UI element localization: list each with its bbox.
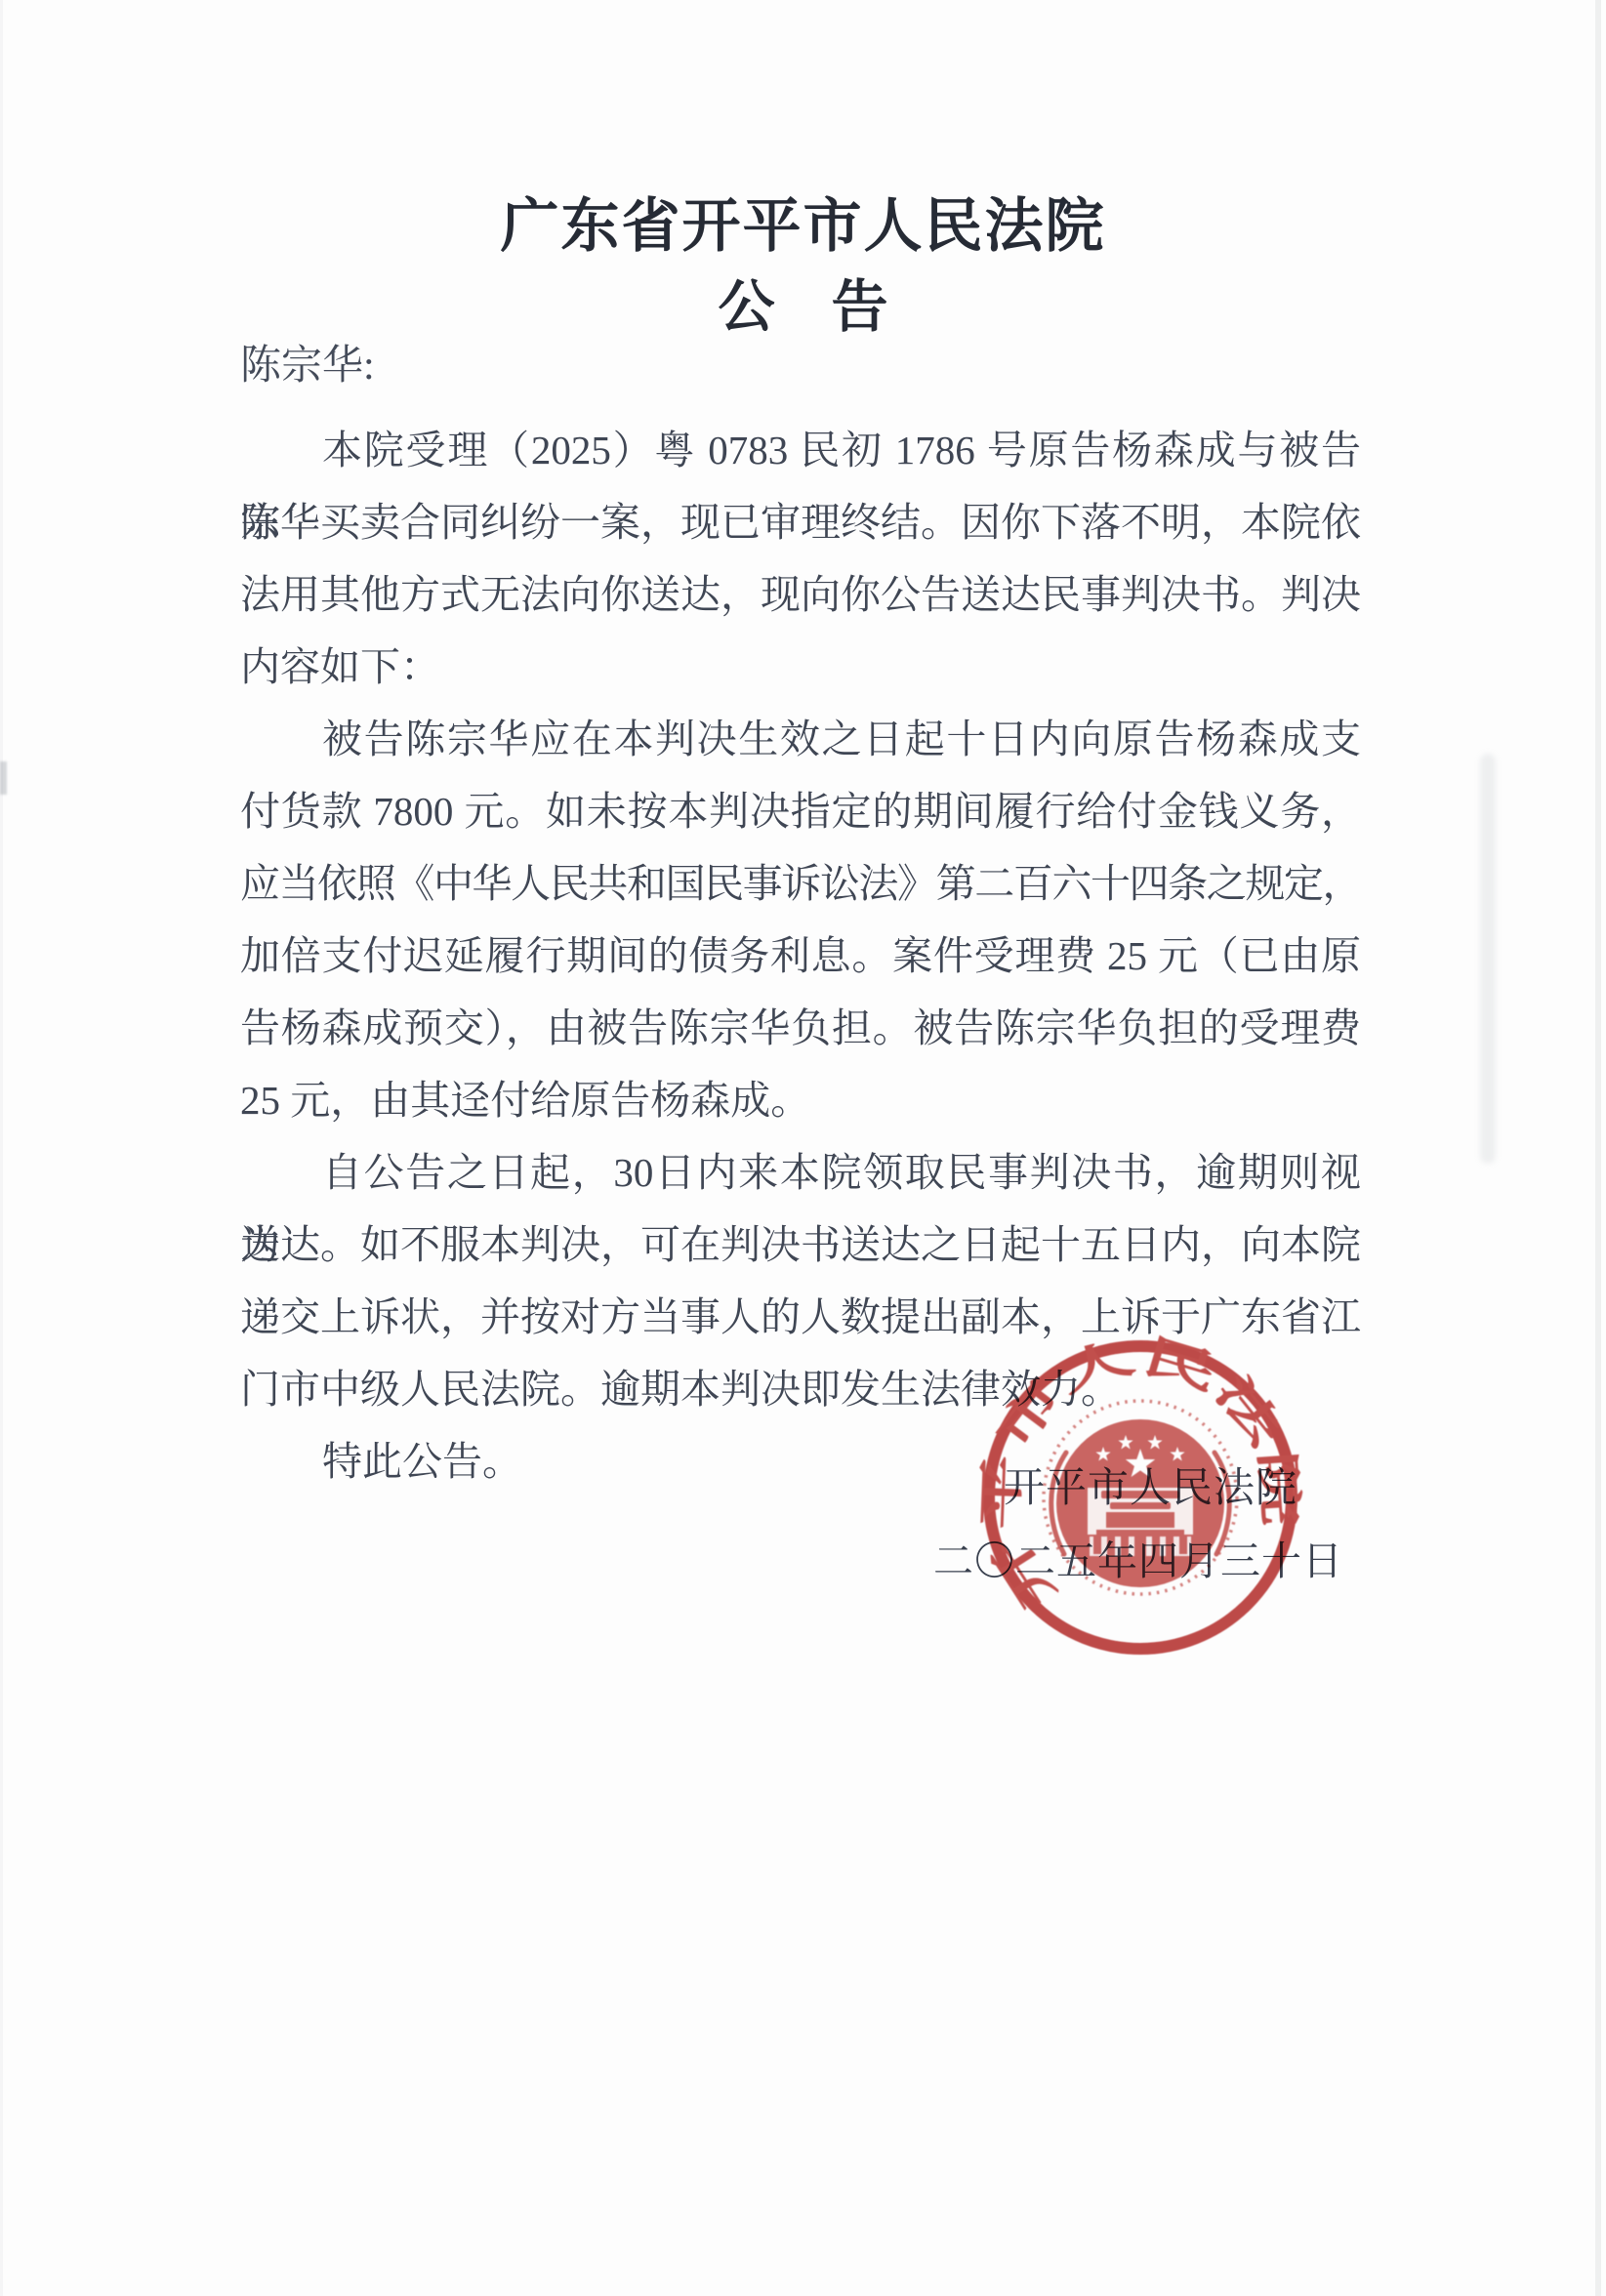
- addressee-line: 陈宗华:: [240, 342, 375, 390]
- scan-edge-left: [0, 0, 3, 2296]
- body-line: 自公告之日起，30日内来本院领取民事判决书，逾期则视为: [240, 1136, 1361, 1209]
- scan-edge-right: [1595, 0, 1601, 2296]
- body-line: 25 元，由其迳付给原告杨森成。: [240, 1064, 1361, 1136]
- body-line: 内容如下：: [240, 631, 1361, 703]
- scanned-court-notice-page: 广东省开平市人民法院 公 告 陈宗华: 本院受理（2025）粤 0783 民初 …: [0, 0, 1606, 2296]
- body-line: 本院受理（2025）粤 0783 民初 1786 号原告杨森成与被告陈: [240, 414, 1361, 486]
- notice-title: 公 告: [0, 277, 1606, 338]
- body-line: 告杨森成预交），由被告陈宗华负担。被告陈宗华负担的受理费: [240, 992, 1361, 1064]
- body-line: 送达。如不服本判决，可在判决书送达之日起十五日内，向本院: [240, 1209, 1361, 1281]
- body-line: 宗华买卖合同纠纷一案，现已审理终结。因你下落不明，本院依: [240, 486, 1361, 558]
- body-line: 付货款 7800 元。如未按本判决指定的期间履行给付金钱义务，: [240, 775, 1361, 847]
- body-line: 加倍支付迟延履行期间的债务利息。案件受理费 25 元（已由原: [240, 920, 1361, 992]
- body-line: 被告陈宗华应在本判决生效之日起十日内向原告杨森成支: [240, 703, 1361, 775]
- official-court-seal: 开平市人民法院: [976, 1333, 1304, 1661]
- body-line: 应当依照《中华人民共和国民事诉讼法》第二百六十四条之规定，: [240, 847, 1361, 920]
- court-title: 广东省开平市人民法院: [0, 195, 1606, 258]
- body-line: 法用其他方式无法向你送达，现向你公告送达民事判决书。判决: [240, 558, 1361, 631]
- scan-streak-artifact: [1480, 754, 1496, 1164]
- scan-speck: [0, 761, 7, 795]
- national-emblem-icon: [1051, 1419, 1230, 1587]
